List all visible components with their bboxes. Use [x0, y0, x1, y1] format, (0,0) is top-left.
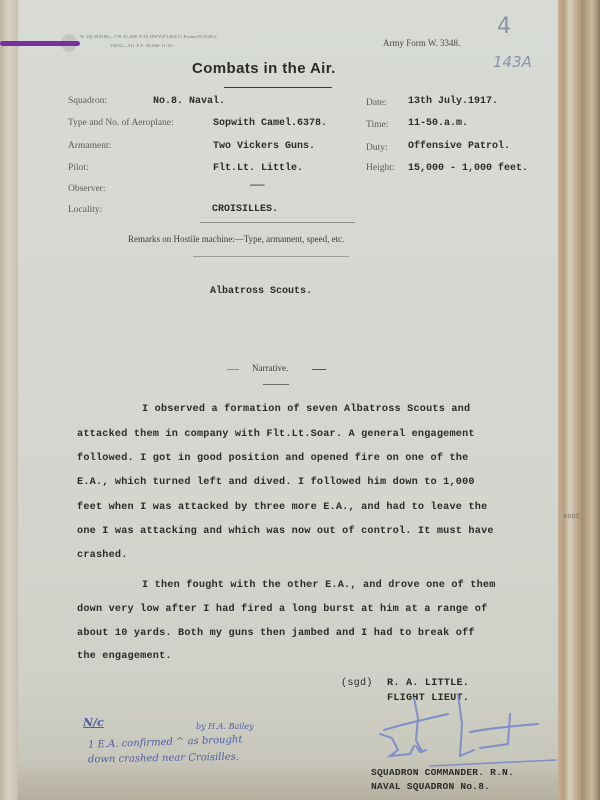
- narrative-line: feet when I was attacked by three more E…: [77, 502, 487, 513]
- locality-label: Locality:: [68, 205, 102, 215]
- height-value: 15,000 - 1,000 feet.: [408, 163, 528, 174]
- locality-rule: [200, 222, 355, 223]
- treasury-tag-string: [0, 41, 80, 46]
- observer-value: ———: [250, 181, 264, 190]
- archive-number: 143A: [493, 53, 532, 71]
- commander-title: SQUADRON COMMANDER. R.N.: [371, 767, 514, 778]
- duty-value: Offensive Patrol.: [408, 141, 510, 152]
- narrative-line: about 10 yards. Both my guns then jambed…: [77, 628, 475, 639]
- height-label: Height:: [366, 163, 395, 173]
- remarks-rule: [193, 256, 349, 257]
- narrative-line: E.A., which turned left and dived. I fol…: [77, 477, 475, 488]
- narrative-dash-right: [312, 369, 326, 370]
- aeroplane-label: Type and No. of Aeroplane:: [68, 118, 174, 128]
- time-value: 11-50.a.m.: [408, 118, 468, 129]
- narrative-underline: [263, 384, 289, 385]
- title-underline: [224, 87, 332, 88]
- date-label: Date:: [366, 98, 387, 108]
- form-title: Combats in the Air.: [192, 60, 336, 77]
- margin-note: soot: [563, 513, 580, 521]
- armament-value: Two Vickers Guns.: [213, 141, 315, 152]
- handwritten-note-insert: by H.A. Bailey: [196, 722, 254, 731]
- pilot-value: Flt.Lt. Little.: [213, 163, 303, 174]
- narrative-line: the engagement.: [77, 651, 172, 662]
- narrative-line: down very low after I had fired a long b…: [77, 604, 487, 615]
- observer-label: Observer:: [68, 184, 105, 194]
- narrative-dash-left: [227, 369, 239, 370]
- narrative-line: followed. I got in good position and ope…: [77, 453, 468, 464]
- date-value: 13th July.1917.: [408, 96, 498, 107]
- aeroplane-value: Sopwith Camel.6378.: [213, 118, 327, 129]
- narrative-line: one I was attacking and which was now ou…: [77, 526, 494, 537]
- print-code-line2: 13052—311 F.F. 30,000 11/16: [110, 43, 173, 48]
- narrative-line: attacked them in company with Flt.Lt.Soa…: [77, 429, 475, 440]
- squadron-label: Squadron:: [68, 96, 107, 106]
- pilot-label: Pilot:: [68, 163, 89, 173]
- armament-label: Armament:: [68, 141, 111, 151]
- army-form-number: Army Form W. 3348.: [383, 38, 460, 48]
- locality-value: CROISILLES.: [212, 204, 278, 215]
- narrative-line: I observed a formation of seven Albatros…: [142, 404, 470, 415]
- sgd-marker: (sgd): [341, 678, 373, 689]
- duty-label: Duty:: [366, 143, 388, 153]
- print-code-line1: W 28) W8180—778 2C,000 9/16 HWV(P1484/1)…: [80, 34, 217, 39]
- narrative-line: crashed.: [77, 550, 128, 561]
- hostile-machine-value: Albatross Scouts.: [210, 286, 312, 297]
- commander-unit: NAVAL SQUADRON No.8.: [371, 781, 490, 792]
- handwritten-note-heading: N/c: [83, 716, 104, 729]
- narrative-line: I then fought with the other E.A., and d…: [142, 580, 496, 591]
- time-label: Time:: [366, 120, 388, 130]
- pencil-mark: 4: [497, 14, 511, 39]
- squadron-value: No.8. Naval.: [153, 96, 225, 107]
- remarks-heading: Remarks on Hostile machine:—Type, armame…: [128, 234, 344, 244]
- narrative-heading: Narrative.: [252, 363, 288, 373]
